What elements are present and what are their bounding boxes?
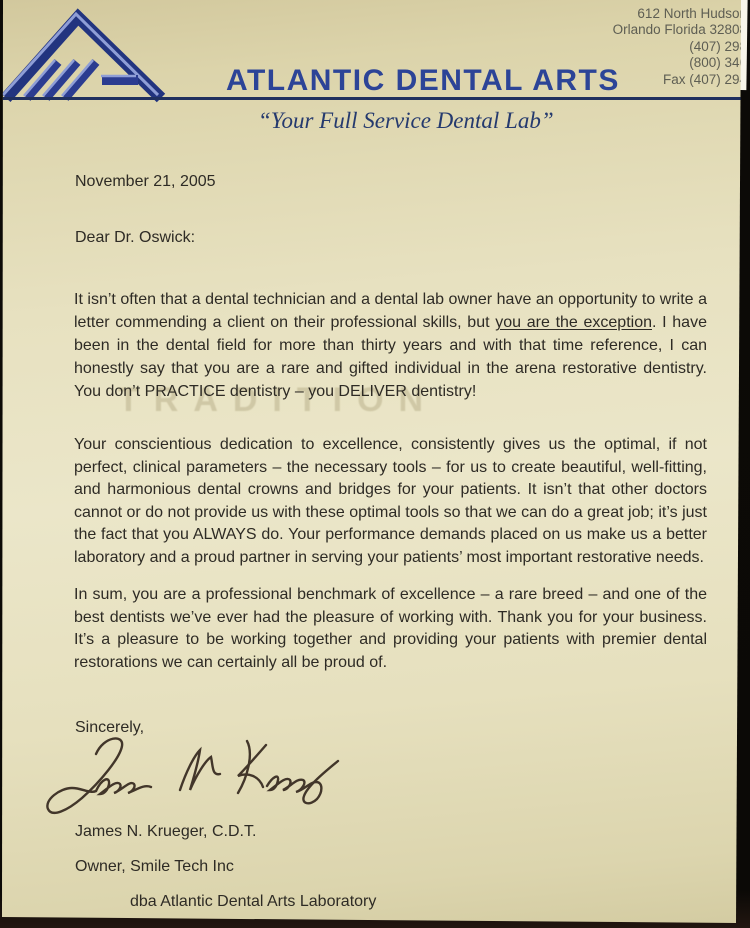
contact-address-line2: Orlando Florida 32808: [613, 22, 747, 38]
paragraph-1-underlined-phrase: you are the exception: [495, 314, 652, 331]
signer-company: dba Atlantic Dental Arts Laboratory: [130, 890, 376, 913]
signer-typed-name: James N. Krueger, C.D.T.: [75, 820, 256, 843]
contact-fax: Fax (407) 294: [613, 72, 747, 88]
signer-title: Owner, Smile Tech Inc: [75, 855, 234, 878]
scanned-letter-photo: ATLANTIC DENTAL ARTS “Your Full Service …: [0, 0, 750, 928]
letter-paragraph-1: It isn’t often that a dental technician …: [74, 288, 707, 403]
contact-address-line1: 612 North Hudson: [613, 6, 747, 22]
letterhead-rule: [0, 97, 745, 100]
contact-phone1: (407) 298: [613, 39, 747, 55]
letterhead-contact-block: 612 North Hudson Orlando Florida 32808 (…: [613, 6, 747, 88]
contact-phone2: (800) 346: [613, 55, 747, 71]
company-tagline: “Your Full Service Dental Lab”: [258, 108, 554, 134]
letter-date: November 21, 2005: [75, 170, 216, 193]
letter-paragraph-2: Your conscientious dedication to excelle…: [74, 434, 707, 570]
company-name: ATLANTIC DENTAL ARTS: [226, 64, 620, 98]
company-logo-triangle-icon: [0, 6, 172, 106]
letter-salutation: Dear Dr. Oswick:: [75, 226, 195, 249]
handwritten-signature: [38, 730, 348, 825]
letter-paper: ATLANTIC DENTAL ARTS “Your Full Service …: [0, 0, 750, 928]
letter-paragraph-3: In sum, you are a professional benchmark…: [74, 584, 707, 674]
